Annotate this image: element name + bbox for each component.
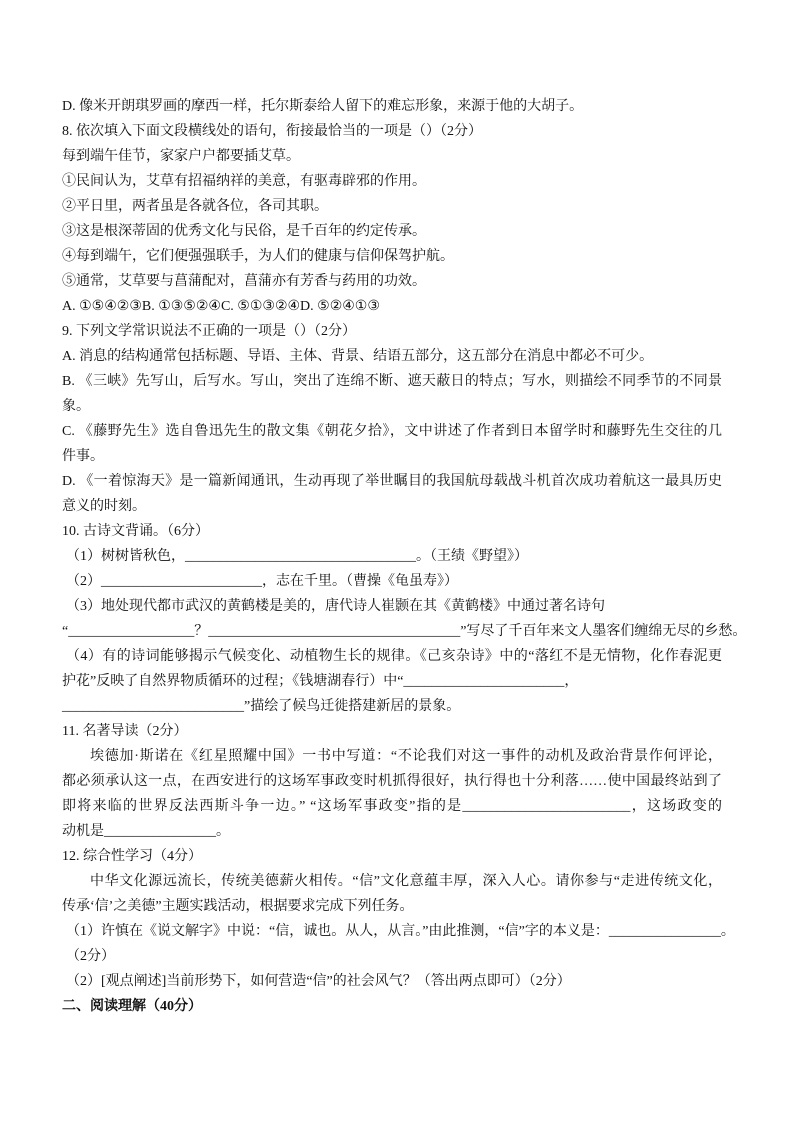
doc-line: （2）[观点阐述]当前形势下，如何营造“信”的社会风气？（答出两点即可）（2分） xyxy=(62,969,722,994)
doc-line: __________________________”描绘了候鸟迁徙搭建新居的景… xyxy=(62,694,722,719)
doc-line: ①民间认为，艾草有招福纳祥的美意，有驱毒辟邪的作用。 xyxy=(62,169,722,194)
doc-line: 都必须承认这一点，在西安进行的这场军事政变时机抓得很好，执行得也十分利落……使中… xyxy=(62,769,722,794)
doc-line: “__________________？____________________… xyxy=(62,619,722,644)
doc-line: 12. 综合性学习（4分） xyxy=(62,844,722,869)
doc-line: 即将来临的世界反法西斯斗争一边。” “这场军事政变”指的是___________… xyxy=(62,794,722,819)
doc-line: 动机是________________。 xyxy=(62,819,722,844)
doc-line: （4）有的诗词能够揭示气候变化、动植物生长的规律。《己亥杂诗》中的“落红不是无情… xyxy=(62,644,722,669)
doc-line: （1）许慎在《说文解字》中说：“信，诚也。从人，从言。”由此推测，“信”字的本义… xyxy=(62,919,722,944)
doc-line: 每到端午佳节，家家户户都要插艾草。 xyxy=(62,144,722,169)
doc-line: 11. 名著导读（2分） xyxy=(62,719,722,744)
exam-paper-page: D. 像米开朗琪罗画的摩西一样，托尔斯泰给人留下的难忘形象，来源于他的大胡子。 … xyxy=(0,0,793,1122)
doc-line: C. 《藤野先生》选自鲁迅先生的散文集《朝花夕拾》，文中讲述了作者到日本留学时和… xyxy=(62,419,722,444)
doc-line: 件事。 xyxy=(62,444,722,469)
doc-line: ⑤通常，艾草要与菖蒲配对，菖蒲亦有芳香与药用的功效。 xyxy=(62,269,722,294)
doc-line: D. 像米开朗琪罗画的摩西一样，托尔斯泰给人留下的难忘形象，来源于他的大胡子。 xyxy=(62,94,722,119)
doc-line: ③这是根深蒂固的优秀文化与民俗，是千百年的约定传承。 xyxy=(62,219,722,244)
exam-paper-content: D. 像米开朗琪罗画的摩西一样，托尔斯泰给人留下的难忘形象，来源于他的大胡子。 … xyxy=(62,94,722,1019)
doc-line: 9. 下列文学常识说法不正确的一项是（）（2分） xyxy=(62,319,722,344)
doc-line: 传承‘信’之美德”主题实践活动，根据要求完成下列任务。 xyxy=(62,894,722,919)
doc-line: 8. 依次填入下面文段横线处的语句，衔接最恰当的一项是（）（2分） xyxy=(62,119,722,144)
doc-line: D. 《一着惊海天》是一篇新闻通讯，生动再现了举世瞩目的我国航母载战斗机首次成功… xyxy=(62,469,722,494)
doc-line: 10. 古诗文背诵。（6分） xyxy=(62,519,722,544)
doc-line: 护花”反映了自然界物质循环的过程；《钱塘湖春行）中“______________… xyxy=(62,669,722,694)
section-heading-reading-comprehension: 二、阅读理解（40分） xyxy=(62,994,722,1019)
doc-line: ②平日里，两者虽是各就各位，各司其职。 xyxy=(62,194,722,219)
doc-line: （2分） xyxy=(62,944,722,969)
doc-line: 意义的时刻。 xyxy=(62,494,722,519)
doc-line: （1）树树皆秋色，_______________________________… xyxy=(62,544,722,569)
doc-line: （2）_______________________，志在千里。（曹操《龟虽寿》… xyxy=(62,569,722,594)
doc-line: 中华文化源远流长，传统美德薪火相传。“信”文化意蕴丰厚，深入人心。请你参与“走进… xyxy=(62,869,722,894)
doc-line: 埃德加·斯诺在《红星照耀中国》一书中写道：“不论我们对这一事件的动机及政治背景作… xyxy=(62,744,722,769)
doc-line: B. 《三峡》先写山，后写水。写山，突出了连绵不断、遮天蔽日的特点；写水，则描绘… xyxy=(62,369,722,394)
doc-line: A. ①⑤④②③B. ①③⑤②④C. ⑤①③②④D. ⑤②④①③ xyxy=(62,294,722,319)
doc-line: 象。 xyxy=(62,394,722,419)
doc-line: ④每到端午，它们便强强联手，为人们的健康与信仰保驾护航。 xyxy=(62,244,722,269)
doc-line: （3）地处现代都市武汉的黄鹤楼是美的，唐代诗人崔颢在其《黄鹤楼》中通过著名诗句 xyxy=(62,594,722,619)
doc-line: A. 消息的结构通常包括标题、导语、主体、背景、结语五部分，这五部分在消息中都必… xyxy=(62,344,722,369)
